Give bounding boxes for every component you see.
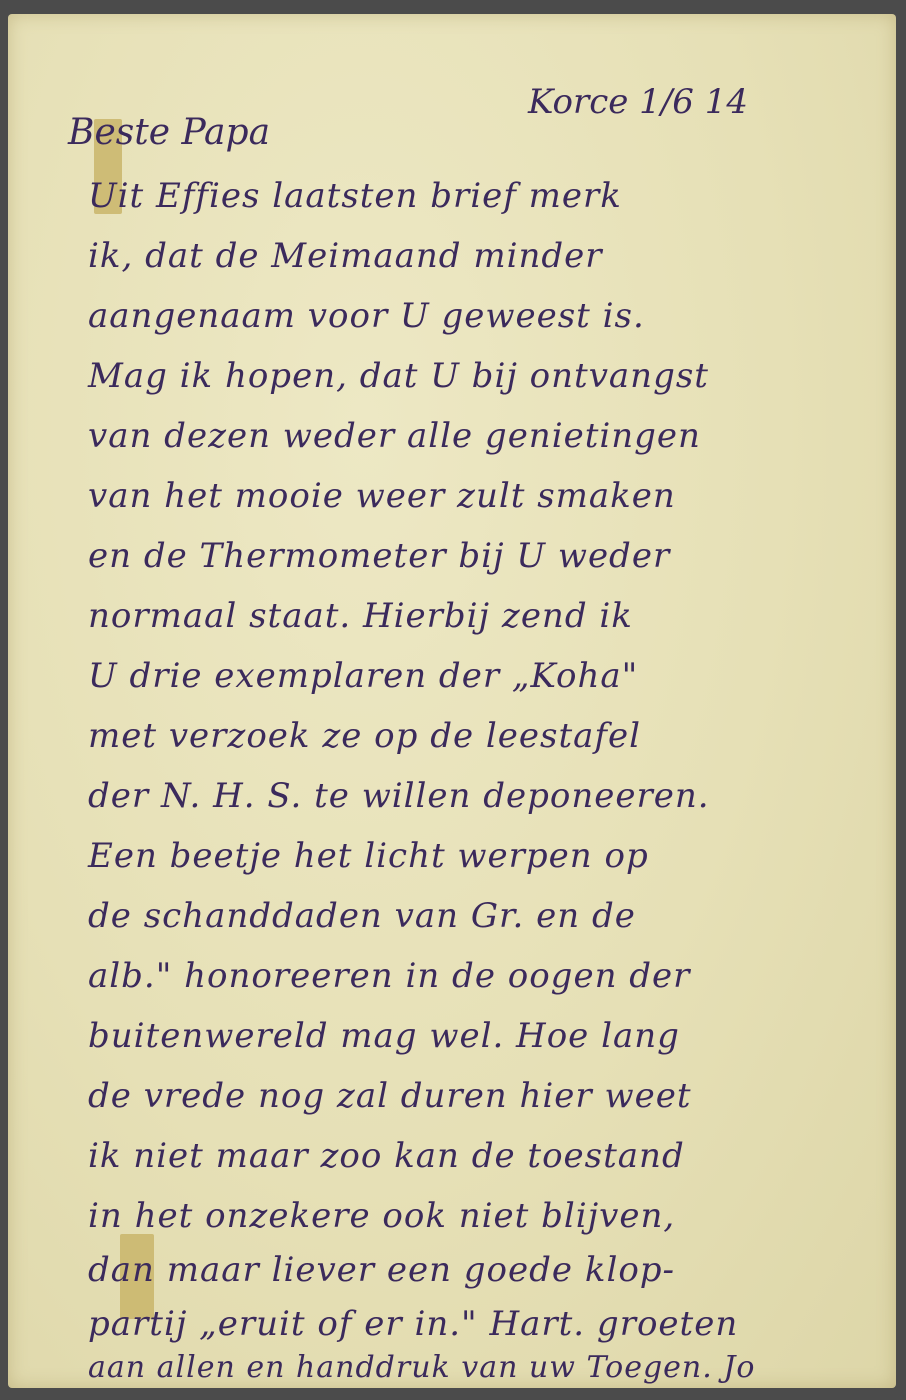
letter-line: U drie exemplaren der „Koha" (88, 656, 638, 696)
letter-line: normaal staat. Hierbij zend ik (88, 596, 633, 636)
letter-line: dan maar liever een goede klop- (88, 1250, 675, 1290)
letter-line: aangenaam voor U geweest is. (88, 296, 645, 336)
salutation: Beste Papa (68, 112, 270, 153)
letter-line: en de Thermometer bij U weder (88, 536, 670, 576)
letter-line: der N. H. S. te willen deponeeren. (88, 776, 710, 816)
letter-line: buitenwereld mag wel. Hoe lang (88, 1016, 680, 1056)
letter-line: Uit Effies laatsten brief merk (88, 176, 622, 216)
letter-line: partij „eruit of er in." Hart. groeten (88, 1304, 738, 1344)
letter-line: van dezen weder alle genietingen (88, 416, 701, 456)
letter-line: van het mooie weer zult smaken (88, 476, 676, 516)
letter-line: alb." honoreeren in de oogen der (88, 956, 690, 996)
letter-line: de vrede nog zal duren hier weet (88, 1076, 691, 1116)
postcard: Korce 1/6 14 Beste Papa Uit Effies laats… (8, 14, 896, 1388)
letter-line: Een beetje het licht werpen op (88, 836, 649, 876)
letter-line: ik niet maar zoo kan de toestand (88, 1136, 685, 1176)
letter-line: met verzoek ze op de leestafel (88, 716, 641, 756)
letter-line: de schanddaden van Gr. en de (88, 896, 636, 936)
letter-line: in het onzekere ook niet blijven, (88, 1196, 675, 1236)
letter-line: aan allen en handdruk van uw Toegen. Jo (88, 1350, 755, 1385)
letter-line: ik, dat de Meimaand minder (88, 236, 603, 276)
letter-line: Mag ik hopen, dat U bij ontvangst (88, 356, 709, 396)
place-date: Korce 1/6 14 (528, 82, 748, 122)
